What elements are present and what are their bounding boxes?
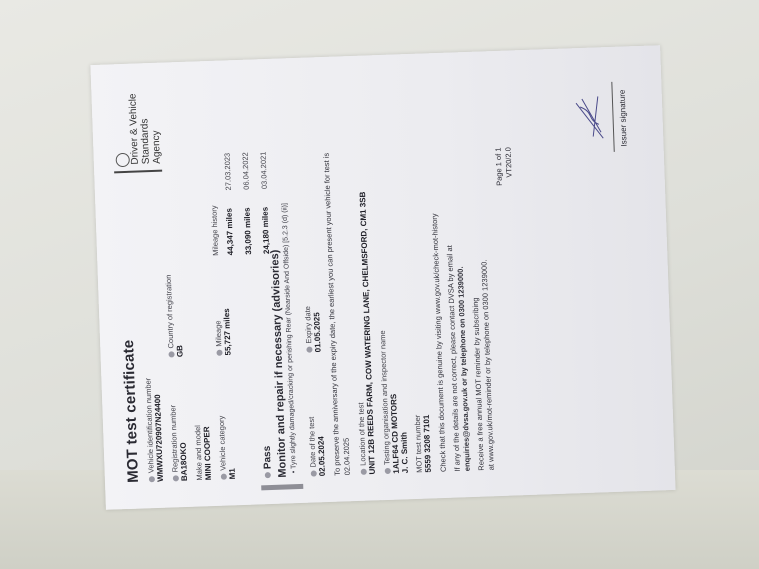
result-status: Pass xyxy=(262,446,274,479)
dvsa-logo: Driver & Vehicle Standards Agency xyxy=(111,69,114,169)
country-field: Country of registration GB xyxy=(164,274,185,357)
make-model-field: Make and model MINI COOPER xyxy=(193,425,213,481)
mileage-history: Mileage history 44,347 miles 27.03.2023 … xyxy=(208,151,275,256)
marker-icon xyxy=(385,468,391,474)
vin-field: Vehicle identification number WMWXU72090… xyxy=(143,377,165,482)
royal-crest-icon xyxy=(116,153,130,167)
marker-icon xyxy=(265,472,271,478)
history-date: 06.04.2022 xyxy=(241,152,251,190)
signature-label: Issuer signature xyxy=(618,89,629,146)
expiry-field: Expiry date 01.05.2025 xyxy=(303,306,323,353)
marker-icon xyxy=(306,347,312,353)
test-date-value: 02.05.2024 xyxy=(316,416,327,476)
expiry-value: 01.05.2025 xyxy=(312,306,323,353)
category-field: Vehicle category M1 xyxy=(217,415,237,480)
marker-icon xyxy=(168,351,174,357)
marker-icon xyxy=(311,470,317,476)
agency-name: Driver & Vehicle Standards Agency xyxy=(127,93,162,165)
registration-field: Registration number BA18OKO xyxy=(168,404,189,481)
logo-rule xyxy=(114,170,162,174)
agency-line-3: Agency xyxy=(149,93,162,164)
mot-certificate-paper: MOT test certificate Driver & Vehicle St… xyxy=(90,45,675,510)
marker-icon xyxy=(361,469,367,475)
history-miles: 24,180 miles xyxy=(260,207,271,254)
signature-line xyxy=(611,82,614,152)
marker-icon xyxy=(173,475,179,481)
history-date: 03.04.2021 xyxy=(259,151,269,189)
make-model-value: MINI COOPER xyxy=(202,425,213,481)
history-miles: 33,090 miles xyxy=(242,207,253,254)
test-number-field: MOT test number 5559 3208 7101 xyxy=(413,414,433,473)
form-code: VT20/2.0 xyxy=(504,147,515,186)
mileage-value: 55,727 miles xyxy=(222,308,233,355)
signature-scribble-icon xyxy=(572,92,608,143)
certificate-title: MOT test certificate xyxy=(120,339,142,483)
location-field: Location of the test UNIT 12B REEDS FARM… xyxy=(349,192,377,475)
category-value: M1 xyxy=(226,415,237,479)
history-miles: 44,347 miles xyxy=(224,208,235,255)
registration-value: BA18OKO xyxy=(177,404,189,481)
status-text: Pass xyxy=(262,446,274,470)
certificate-sheet: MOT test certificate Driver & Vehicle St… xyxy=(90,45,675,510)
category-label: Vehicle category xyxy=(217,416,228,471)
country-value: GB xyxy=(173,274,185,357)
tester-field: Testing organisation and inspector name … xyxy=(378,330,410,475)
preserve-date: 02.04.2025 xyxy=(342,438,352,476)
test-number-value: 5559 3208 7101 xyxy=(422,414,433,472)
marker-icon xyxy=(216,350,222,356)
history-date: 27.03.2023 xyxy=(223,153,233,191)
mileage-history-row: 24,180 miles 03.04.2021 xyxy=(253,151,275,254)
test-date-field: Date of the test 02.05.2024 xyxy=(307,416,327,476)
mileage-field: Mileage 55,727 miles xyxy=(213,308,233,356)
marker-icon xyxy=(221,474,227,480)
result-bar xyxy=(261,484,303,490)
page-footer: Page 1 of 1 VT20/2.0 xyxy=(494,147,515,186)
marker-icon xyxy=(149,476,155,482)
